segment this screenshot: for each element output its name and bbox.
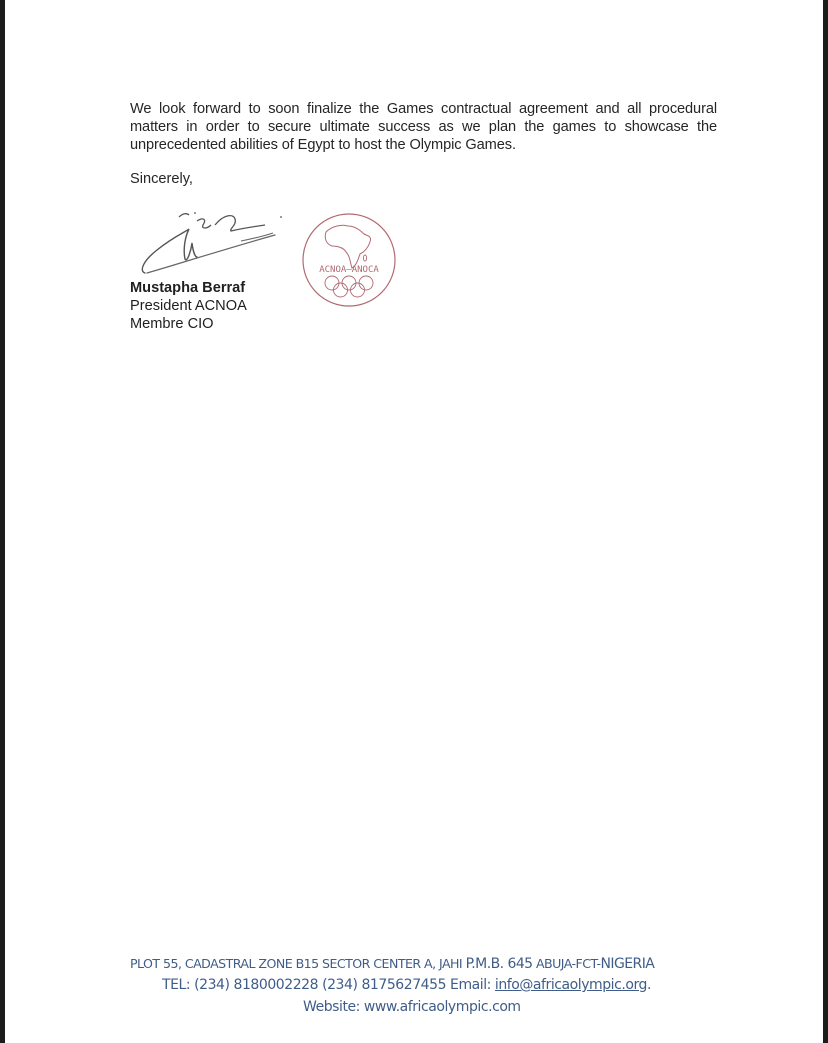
footer-website: Website: www.africaolympic.com xyxy=(303,999,521,1015)
closing-salutation: Sincerely, xyxy=(130,171,193,187)
handwritten-signature xyxy=(135,205,285,280)
olympic-rings-icon xyxy=(325,276,373,297)
document-page: We look forward to soon finalize the Gam… xyxy=(5,0,823,1043)
signature-block: Mustapha Berraf President ACNOA Membre C… xyxy=(130,279,247,333)
acnoa-stamp: ACNOA–ANOCA xyxy=(298,210,400,310)
footer-address: PLOT 55, CADASTRAL ZONE B15 SECTOR CENTE… xyxy=(130,956,654,972)
stamp-text: ACNOA–ANOCA xyxy=(319,265,379,275)
body-paragraph: We look forward to soon finalize the Gam… xyxy=(130,100,717,154)
email-link[interactable]: info@africaolympic.org xyxy=(495,977,647,993)
signatory-membership: Membre CIO xyxy=(130,315,247,333)
footer-contact: TEL: (234) 8180002228 (234) 8175627455 E… xyxy=(162,977,651,993)
signatory-title: President ACNOA xyxy=(130,297,247,315)
africa-map-icon xyxy=(325,225,370,268)
signatory-name: Mustapha Berraf xyxy=(130,279,247,297)
